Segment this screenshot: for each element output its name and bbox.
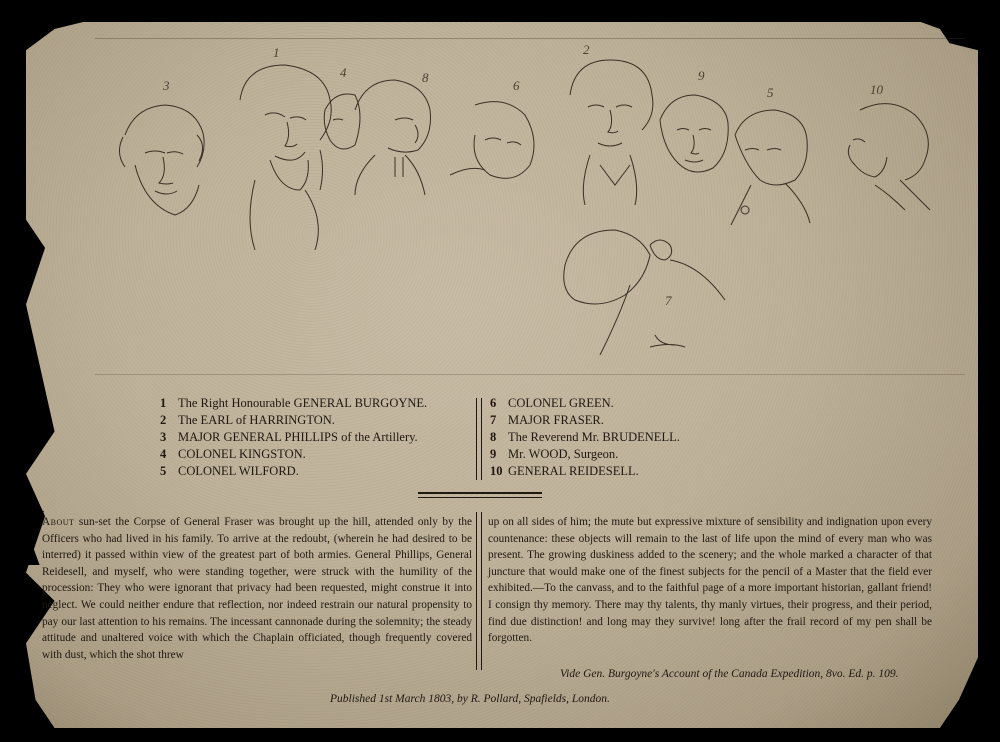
key-entry: 2The EARL of HARRINGTON. <box>160 412 427 429</box>
portrait-7-fraser <box>555 215 745 365</box>
key-entry: 6COLONEL GREEN. <box>490 395 680 412</box>
key-entry: 10GENERAL REIDESELL. <box>490 463 680 480</box>
key-number: 1 <box>160 395 178 412</box>
key-entry: 1The Right Honourable GENERAL BURGOYNE. <box>160 395 427 412</box>
key-name: Mr. WOOD, Surgeon. <box>508 447 618 461</box>
narrative-paragraph: About sun-set the Corpse of General Fras… <box>42 514 472 663</box>
portrait-6-green <box>445 95 545 195</box>
key-number: 5 <box>160 463 178 480</box>
portrait-9-wood <box>655 90 735 190</box>
portrait-number: 7 <box>665 293 672 309</box>
narrative-text-left: sun-set the Corpse of General Fraser was… <box>42 516 472 661</box>
key-entry: 4COLONEL KINGSTON. <box>160 446 427 463</box>
portrait-8-brudenell <box>345 75 435 195</box>
key-name: The EARL of HARRINGTON. <box>178 413 335 427</box>
key-number: 3 <box>160 429 178 446</box>
portrait-10-reidesell <box>835 100 935 215</box>
portrait-number: 10 <box>870 82 883 98</box>
narrative-left-column: About sun-set the Corpse of General Fras… <box>42 514 472 663</box>
key-number: 4 <box>160 446 178 463</box>
key-entry: 5COLONEL WILFORD. <box>160 463 427 480</box>
publication-imprint: Published 1st March 1803, by R. Pollard,… <box>330 693 610 705</box>
narrative-right-column: up on all sides of him; the mute but exp… <box>488 514 932 647</box>
portrait-number: 3 <box>163 78 170 94</box>
key-entry: 9Mr. WOOD, Surgeon. <box>490 446 680 463</box>
key-name: COLONEL KINGSTON. <box>178 447 306 461</box>
source-citation: Vide Gen. Burgoyne's Account of the Cana… <box>560 668 899 680</box>
key-number: 8 <box>490 429 508 446</box>
key-entry: 8The Reverend Mr. BRUDENELL. <box>490 429 680 446</box>
portrait-number: 5 <box>767 85 774 101</box>
key-number: 9 <box>490 446 508 463</box>
portrait-5-wilford <box>725 105 815 225</box>
key-right-column: 6COLONEL GREEN. 7MAJOR FRASER. 8The Reve… <box>490 395 680 480</box>
portrait-number: 2 <box>583 42 590 58</box>
key-entry: 3MAJOR GENERAL PHILLIPS of the Artillery… <box>160 429 427 446</box>
portrait-number: 8 <box>422 70 429 86</box>
narrative-text-right: up on all sides of him; the mute but exp… <box>488 514 932 647</box>
key-number: 6 <box>490 395 508 412</box>
key-name: The Right Honourable GENERAL BURGOYNE. <box>178 396 427 410</box>
key-name: COLONEL WILFORD. <box>178 464 299 478</box>
key-name: COLONEL GREEN. <box>508 396 614 410</box>
portrait-number: 9 <box>698 68 705 84</box>
portrait-number: 6 <box>513 78 520 94</box>
key-name: MAJOR GENERAL PHILLIPS of the Artillery. <box>178 430 418 444</box>
key-number: 7 <box>490 412 508 429</box>
portrait-number: 4 <box>340 65 347 81</box>
key-left-column: 1The Right Honourable GENERAL BURGOYNE. … <box>160 395 427 480</box>
decorative-double-rule <box>418 492 542 498</box>
key-name: The Reverend Mr. BRUDENELL. <box>508 430 680 444</box>
key-name: MAJOR FRASER. <box>508 413 604 427</box>
key-number: 2 <box>160 412 178 429</box>
torn-edge <box>0 250 34 330</box>
key-name: GENERAL REIDESELL. <box>508 464 639 478</box>
opening-word: About <box>42 516 74 528</box>
key-entry: 7MAJOR FRASER. <box>490 412 680 429</box>
key-number: 10 <box>490 463 508 480</box>
column-divider <box>476 512 482 670</box>
portrait-3-phillips <box>105 95 215 235</box>
key-divider <box>476 398 482 480</box>
portrait-number: 1 <box>273 45 280 61</box>
portrait-2-harrington <box>560 55 660 205</box>
